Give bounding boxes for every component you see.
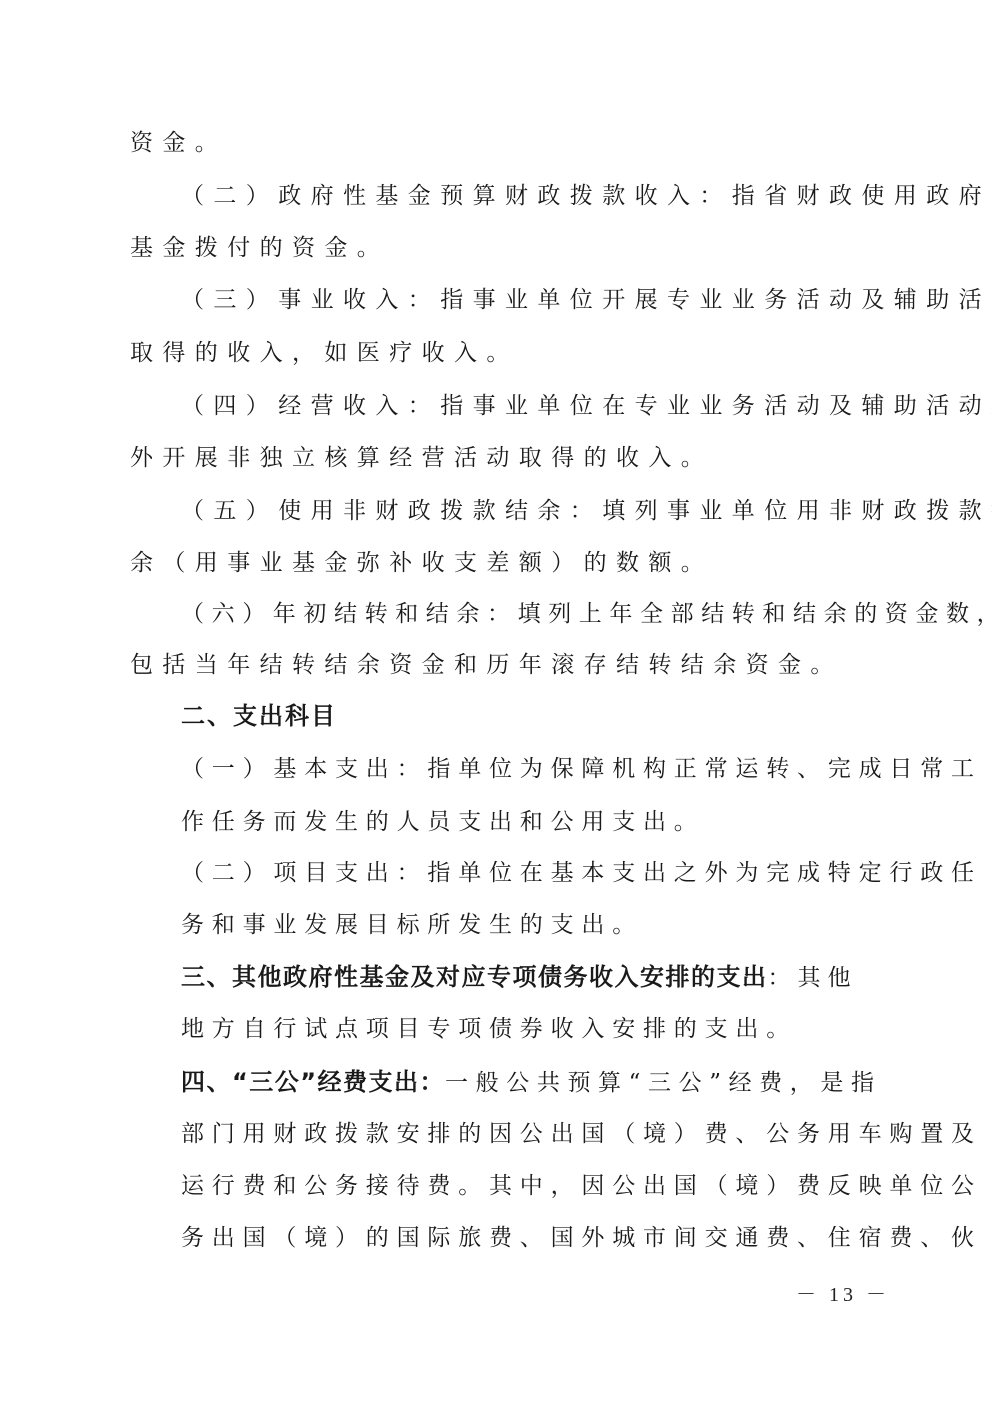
body-text-line: （六）年初结转和结余：填列上年全部结转和结余的资金数， [181,599,992,629]
body-text-line: 务出国（境）的国际旅费、国外城市间交通费、住宿费、伙 [181,1223,982,1253]
body-text-line: 包括当年结转结余资金和历年滚存结转结余资金。 [130,650,843,680]
section-heading: 三、其他政府性基金及对应专项债务收入安排的支出 [181,963,768,991]
body-text: ：其他 [768,965,858,991]
body-text-line: （二）政府性基金预算财政拨款收入：指省财政使用政府性 [181,181,992,211]
body-text-line: （四）经营收入：指事业单位在专业业务活动及辅助活动之 [181,391,992,421]
body-text-line: 作任务而发生的人员支出和公用支出。 [181,807,705,837]
body-text-line: 外开展非独立核算经营活动取得的收入。 [130,443,713,473]
body-text-line: （一）基本支出：指单位为保障机构正常运转、完成日常工 [181,754,982,784]
body-text-line: 务和事业发展目标所发生的支出。 [181,910,643,940]
section-paragraph-4: 四、“三公”经费支出：一般公共预算“三公”经费，是指 [181,1067,882,1097]
body-text-line: （三）事业收入：指事业单位开展专业业务活动及辅助活动 [181,285,992,315]
body-text: 一般公共预算“三公”经费，是指 [445,1070,882,1096]
body-text-line: 资金。 [130,128,227,158]
body-text-line: （五）使用非财政拨款结余：填列事业单位用非财政拨款结 [181,496,992,526]
section-heading: 二、支出科目 [181,701,337,731]
body-text-line: 基金拨付的资金。 [130,233,389,263]
body-text-line: （二）项目支出：指单位在基本支出之外为完成特定行政任 [181,858,982,888]
body-text-line: 地方自行试点项目专项债券收入安排的支出。 [181,1014,797,1044]
body-text-line: 取得的收入，如医疗收入。 [130,338,519,368]
body-text-line: 运行费和公务接待费。其中，因公出国（境）费反映单位公 [181,1171,982,1201]
page-number: － 13 － [796,1278,890,1307]
body-text-line: 余（用事业基金弥补收支差额）的数额。 [130,548,713,578]
body-text-line: 部门用财政拨款安排的因公出国（境）费、公务用车购置及 [181,1119,982,1149]
section-paragraph-3: 三、其他政府性基金及对应专项债务收入安排的支出：其他 [181,962,858,992]
section-heading: 四、“三公”经费支出： [181,1068,445,1096]
